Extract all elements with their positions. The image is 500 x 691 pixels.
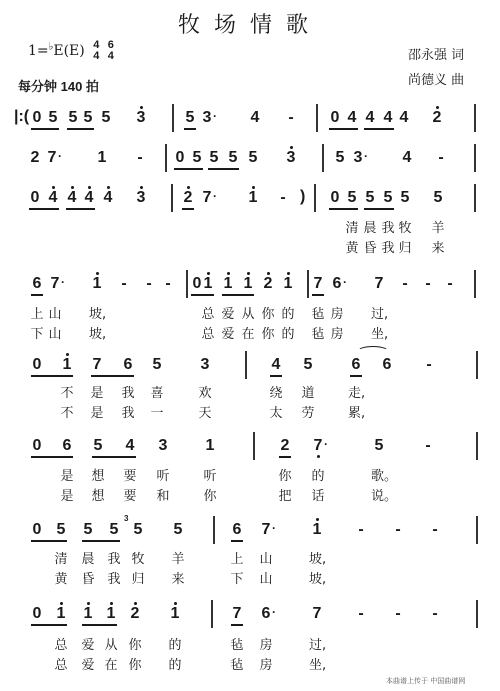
note: 5 — [55, 521, 67, 539]
octave-high-dot — [60, 602, 63, 605]
lyric: 要 — [122, 465, 138, 484]
note: 3 — [285, 149, 297, 167]
lyric: 下 — [29, 323, 45, 342]
note: 2 — [182, 189, 194, 207]
lyric: 的 — [280, 323, 296, 342]
note: 0 — [31, 605, 43, 623]
bar-line — [307, 270, 309, 298]
note: 5 — [151, 356, 163, 374]
lyric: 是 — [89, 382, 105, 401]
lyric: 清 — [53, 548, 69, 567]
lyric: 听 — [155, 465, 171, 484]
note: 1 — [247, 189, 259, 207]
note: 4 — [47, 189, 59, 207]
note: 5 — [373, 437, 385, 455]
beam — [82, 540, 120, 542]
lyric: 毡 — [310, 323, 326, 342]
repeat-start-sign: |:( — [14, 108, 29, 126]
lyric: 总 — [200, 303, 216, 322]
lyric: 你 — [260, 303, 276, 322]
note: 7 — [231, 605, 243, 623]
lyric: 走, — [348, 382, 364, 401]
note: 5 — [334, 149, 346, 167]
augmentation-dot: · — [61, 275, 65, 289]
lyric: 欢 — [197, 382, 213, 401]
note: - — [134, 149, 146, 167]
lyric: 过, — [371, 303, 387, 322]
beam — [364, 128, 394, 130]
lyric: 归 — [397, 237, 413, 256]
note: - — [285, 109, 297, 127]
lyric: 想 — [90, 465, 106, 484]
lyric: 总 — [200, 323, 216, 342]
note: 5 — [346, 189, 358, 207]
lyric: 的 — [167, 654, 183, 673]
beam — [231, 624, 243, 626]
lyric: 坡, — [89, 303, 105, 322]
note: 5 — [132, 521, 144, 539]
note: 4 — [83, 189, 95, 207]
lyric: 房 — [258, 634, 274, 653]
bar-line — [245, 351, 247, 379]
lyric: 道 — [300, 382, 316, 401]
beam — [270, 375, 282, 377]
octave-high-dot — [267, 272, 270, 275]
note: 4 — [364, 109, 376, 127]
note: 5 — [108, 521, 120, 539]
beam — [312, 294, 324, 296]
lyric: 把 — [277, 485, 293, 504]
lyric: 归 — [130, 568, 146, 587]
augmentation-dot: · — [324, 437, 328, 451]
note: 0 — [329, 189, 341, 207]
beam — [31, 128, 59, 130]
note: 4 — [346, 109, 358, 127]
octave-high-dot — [66, 353, 69, 356]
note: 0 — [31, 521, 43, 539]
octave-high-dot — [87, 602, 90, 605]
beam — [31, 375, 73, 377]
note: 4 — [66, 189, 78, 207]
octave-high-dot — [174, 602, 177, 605]
lyric: 毡 — [310, 303, 326, 322]
paren-close: ) — [300, 188, 305, 206]
lyric: 房 — [329, 303, 345, 322]
note: - — [422, 437, 434, 455]
octave-high-dot — [316, 518, 319, 521]
note: 3 — [352, 149, 364, 167]
note: 6 — [260, 605, 272, 623]
beam — [191, 294, 214, 296]
note: 4 — [382, 109, 394, 127]
note: 3 — [199, 356, 211, 374]
tempo-marking: 每分钟 140 拍 — [18, 76, 99, 95]
note: - — [392, 605, 404, 623]
lyric: 绕 — [268, 382, 284, 401]
lyric: 你 — [127, 654, 143, 673]
augmentation-dot: · — [272, 521, 276, 535]
note: 0 — [329, 109, 341, 127]
lyric: 劳 — [300, 402, 316, 421]
beam — [92, 456, 136, 458]
note: 5 — [184, 109, 196, 127]
note: 7 — [91, 356, 103, 374]
note: 1 — [242, 275, 254, 293]
lyric: 爱 — [80, 634, 96, 653]
bar-line — [474, 270, 476, 298]
lyric: 昏 — [362, 237, 378, 256]
octave-high-dot — [140, 186, 143, 189]
bar-line — [316, 104, 318, 132]
lyric: 山 — [258, 548, 274, 567]
lyric: 来 — [170, 568, 186, 587]
beam — [184, 128, 196, 130]
beam — [174, 168, 203, 170]
note: 1 — [61, 356, 73, 374]
lyric: 在 — [240, 323, 256, 342]
bar-line — [476, 516, 478, 544]
note: - — [355, 605, 367, 623]
lyric: 来 — [430, 237, 446, 256]
beam — [222, 294, 254, 296]
note: 1 — [222, 275, 234, 293]
note: 5 — [191, 149, 203, 167]
beam — [279, 456, 291, 458]
beam — [350, 375, 362, 377]
bar-line — [186, 270, 188, 298]
lyric: 昏 — [80, 568, 96, 587]
lyric: 听 — [202, 465, 218, 484]
lyric: 是 — [89, 402, 105, 421]
beam — [31, 624, 67, 626]
lyric: 毡 — [229, 634, 245, 653]
lyric: 的 — [280, 303, 296, 322]
lyric: 累, — [348, 402, 364, 421]
lyric: 牧 — [397, 217, 413, 236]
note: 1 — [105, 605, 117, 623]
tie — [357, 346, 389, 357]
augmentation-dot: · — [272, 605, 276, 619]
lyric: 的 — [167, 634, 183, 653]
note: 1 — [82, 605, 94, 623]
beam — [31, 456, 73, 458]
lyric: 不 — [59, 402, 75, 421]
bar-line — [474, 184, 476, 212]
lyric: 的 — [310, 465, 326, 484]
lyric: 下 — [229, 568, 245, 587]
octave-high-dot — [71, 186, 74, 189]
time-signature-4-4: 44 — [93, 40, 99, 62]
beam — [31, 294, 43, 296]
lyric: 爱 — [220, 323, 236, 342]
score-title: 牧场情歌 — [0, 8, 500, 39]
note: 4 — [401, 149, 413, 167]
bar-line — [322, 144, 324, 172]
lyric: 想 — [90, 485, 106, 504]
augmentation-dot: · — [213, 189, 217, 203]
lyric: 总 — [53, 654, 69, 673]
note: - — [392, 521, 404, 539]
note: - — [277, 189, 289, 207]
lyric: 你 — [127, 634, 143, 653]
beam — [208, 168, 239, 170]
octave-high-dot — [140, 106, 143, 109]
lyric: 羊 — [430, 217, 446, 236]
lyric: 上 — [229, 548, 245, 567]
note: 7 — [201, 189, 213, 207]
note: 4 — [270, 356, 282, 374]
note: 6 — [61, 437, 73, 455]
note: 1 — [204, 437, 216, 455]
lyric: 不 — [59, 382, 75, 401]
note: 5 — [172, 521, 184, 539]
note: 0 — [31, 356, 43, 374]
note: 7 — [311, 605, 323, 623]
bar-line — [211, 600, 213, 628]
lyric: 山 — [47, 303, 63, 322]
note: 7 — [46, 149, 58, 167]
key-signature: 1=♭E(E) 44 64 — [28, 40, 114, 62]
note: 1 — [311, 521, 323, 539]
note: 0 — [174, 149, 186, 167]
footer-watermark: 本曲谱上传于 中国曲谱网 — [386, 676, 465, 686]
note: - — [429, 605, 441, 623]
note: 2 — [431, 109, 443, 127]
lyric: 歌。 — [371, 465, 387, 484]
octave-low-dot — [317, 455, 320, 458]
beam — [329, 128, 358, 130]
key-prefix: 1= — [28, 43, 49, 59]
octave-high-dot — [88, 186, 91, 189]
octave-high-dot — [187, 186, 190, 189]
augmentation-dot: · — [58, 149, 62, 163]
octave-high-dot — [436, 106, 439, 109]
lyric: 和 — [155, 485, 171, 504]
octave-high-dot — [287, 272, 290, 275]
note: 4 — [249, 109, 261, 127]
note: 5 — [208, 149, 220, 167]
beam — [29, 208, 59, 210]
lyric: 你 — [202, 485, 218, 504]
lyric: 说。 — [371, 485, 387, 504]
key-name: E(E) — [53, 43, 84, 59]
beam — [364, 208, 394, 210]
bar-line — [171, 184, 173, 212]
note: 6 — [122, 356, 134, 374]
note: 2 — [129, 605, 141, 623]
note: 0 — [31, 109, 43, 127]
note: 1 — [55, 605, 67, 623]
lyric: 坡, — [309, 568, 325, 587]
lyric: 山 — [258, 568, 274, 587]
note: 7 — [373, 275, 385, 293]
beam — [66, 208, 95, 210]
lyric: 在 — [103, 654, 119, 673]
lyric: 牧 — [130, 548, 146, 567]
lyric: 上 — [29, 303, 45, 322]
octave-high-dot — [252, 186, 255, 189]
note: 5 — [399, 189, 411, 207]
note: 4 — [398, 109, 410, 127]
note: 1 — [96, 149, 108, 167]
note: - — [118, 275, 130, 293]
note: - — [423, 356, 435, 374]
note: 1 — [169, 605, 181, 623]
augmentation-dot: · — [364, 149, 368, 163]
lyric: 要 — [122, 485, 138, 504]
lyric: 是 — [59, 465, 75, 484]
lyric: 从 — [103, 634, 119, 653]
note: 7 — [49, 275, 61, 293]
lyric: 我 — [120, 382, 136, 401]
note: - — [435, 149, 447, 167]
lyric: 我 — [380, 237, 396, 256]
lyric: 清 — [344, 217, 360, 236]
bar-line — [165, 144, 167, 172]
note: 7 — [312, 275, 324, 293]
note: 3 — [135, 189, 147, 207]
note: - — [422, 275, 434, 293]
bar-line — [474, 104, 476, 132]
lyric: 晨 — [362, 217, 378, 236]
note: 7 — [260, 521, 272, 539]
bar-line — [172, 104, 174, 132]
note: 6 — [31, 275, 43, 293]
time-signature-6-4: 64 — [108, 40, 114, 62]
note: 6 — [331, 275, 343, 293]
lyric: 黄 — [53, 568, 69, 587]
lyric: 天 — [197, 402, 213, 421]
bar-line — [314, 184, 316, 212]
note: 0 — [29, 189, 41, 207]
note: 4 — [102, 189, 114, 207]
lyric: 你 — [260, 323, 276, 342]
composer: 尚德义 曲 — [408, 69, 464, 88]
note: - — [429, 521, 441, 539]
note: 2 — [29, 149, 41, 167]
note: 0 — [31, 437, 43, 455]
beam — [67, 128, 94, 130]
bar-line — [253, 432, 255, 460]
note: 5 — [100, 109, 112, 127]
lyric: 黄 — [344, 237, 360, 256]
lyric: 从 — [240, 303, 256, 322]
note: 6 — [350, 356, 362, 374]
note: 4 — [124, 437, 136, 455]
bar-line — [476, 600, 478, 628]
octave-high-dot — [247, 272, 250, 275]
note: 1 — [282, 275, 294, 293]
beam — [329, 208, 358, 210]
lyric: 我 — [120, 402, 136, 421]
lyric: 坐, — [309, 654, 325, 673]
lyric: 过, — [309, 634, 325, 653]
bar-line — [476, 351, 478, 379]
note: 5 — [247, 149, 259, 167]
lyric: 是 — [59, 485, 75, 504]
octave-high-dot — [96, 272, 99, 275]
lyric: 你 — [277, 465, 293, 484]
bar-line — [474, 144, 476, 172]
lyric: 毡 — [229, 654, 245, 673]
octave-high-dot — [290, 146, 293, 149]
note: 5 — [82, 521, 94, 539]
lyric: 喜 — [149, 382, 165, 401]
note: 3 — [201, 109, 213, 127]
grace-note: 3 — [124, 514, 128, 523]
lyric: 坡, — [89, 323, 105, 342]
note: 5 — [382, 189, 394, 207]
note: - — [444, 275, 456, 293]
note: 1 — [202, 275, 214, 293]
note: 5 — [47, 109, 59, 127]
beam — [31, 540, 67, 542]
note: - — [355, 521, 367, 539]
augmentation-dot: · — [213, 109, 217, 123]
note: 3 — [135, 109, 147, 127]
note: - — [143, 275, 155, 293]
lyric: 房 — [329, 323, 345, 342]
lyric: 晨 — [80, 548, 96, 567]
note: 5 — [92, 437, 104, 455]
lyric: 一 — [149, 402, 165, 421]
note: 5 — [227, 149, 239, 167]
lyric: 坡, — [309, 548, 325, 567]
note: 6 — [231, 521, 243, 539]
beam — [82, 624, 117, 626]
octave-high-dot — [110, 602, 113, 605]
lyric: 我 — [106, 568, 122, 587]
lyric: 山 — [47, 323, 63, 342]
bar-line — [213, 516, 215, 544]
beam — [231, 540, 243, 542]
octave-high-dot — [52, 186, 55, 189]
note: 2 — [279, 437, 291, 455]
note: 5 — [364, 189, 376, 207]
note: 3 — [157, 437, 169, 455]
lyric: 我 — [380, 217, 396, 236]
lyricist: 邵永强 词 — [408, 44, 464, 63]
note: - — [162, 275, 174, 293]
lyric: 话 — [310, 485, 326, 504]
lyric: 太 — [268, 402, 284, 421]
lyric: 羊 — [170, 548, 186, 567]
lyric: 房 — [258, 654, 274, 673]
bar-line — [476, 432, 478, 460]
octave-high-dot — [227, 272, 230, 275]
lyric: 坐, — [371, 323, 387, 342]
beam — [182, 208, 194, 210]
octave-high-dot — [207, 272, 210, 275]
note: 1 — [91, 275, 103, 293]
note: 5 — [432, 189, 444, 207]
note: 2 — [262, 275, 274, 293]
note: 6 — [381, 356, 393, 374]
lyric: 爱 — [80, 654, 96, 673]
note: 5 — [67, 109, 79, 127]
octave-high-dot — [134, 602, 137, 605]
octave-high-dot — [107, 186, 110, 189]
lyric: 我 — [106, 548, 122, 567]
note: 7 — [312, 437, 324, 455]
beam — [91, 375, 134, 377]
note: - — [399, 275, 411, 293]
lyric: 爱 — [220, 303, 236, 322]
note: 5 — [82, 109, 94, 127]
augmentation-dot: · — [343, 275, 347, 289]
lyric: 总 — [53, 634, 69, 653]
note: 5 — [302, 356, 314, 374]
